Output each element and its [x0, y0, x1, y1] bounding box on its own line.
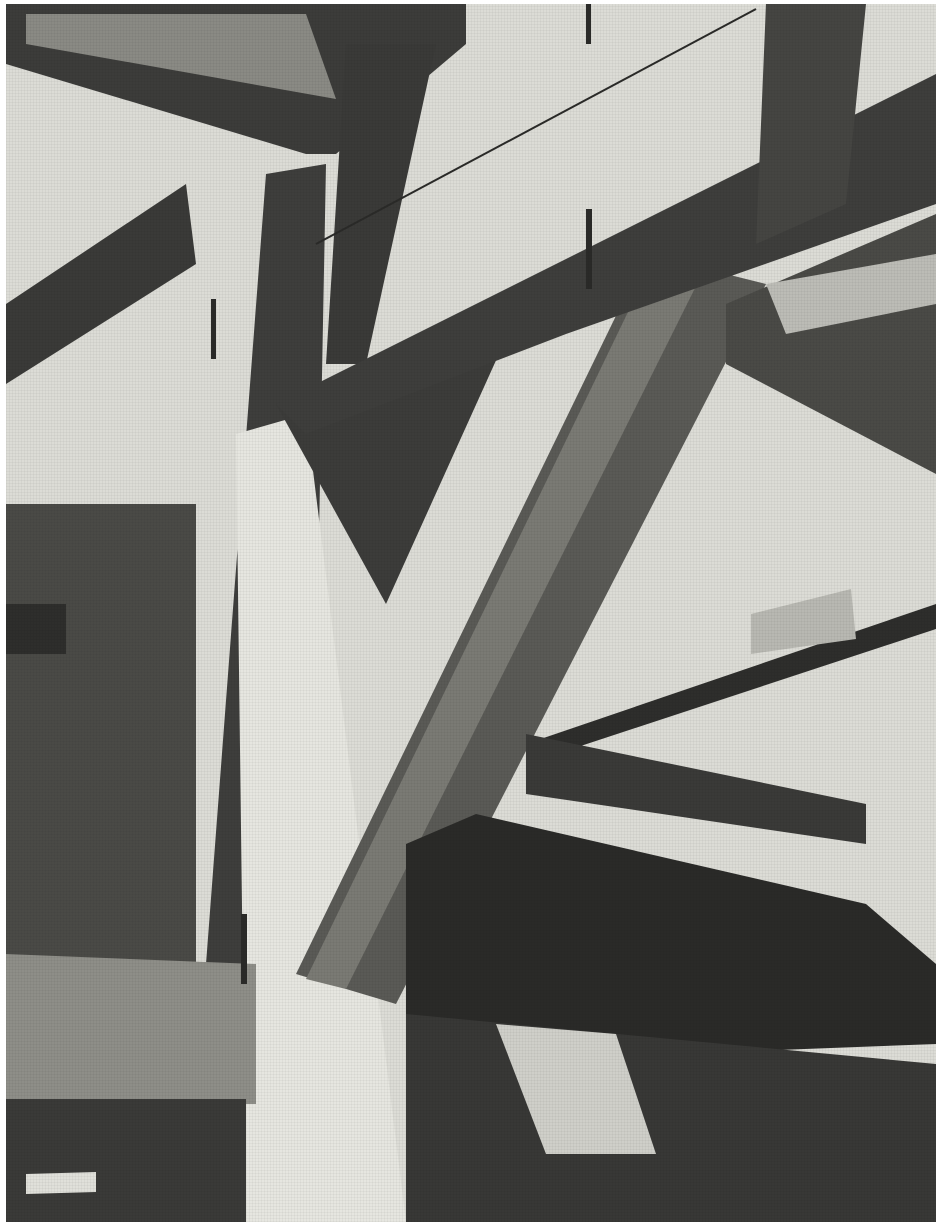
photo-drawing [6, 4, 936, 1222]
bottom-left-beam [6, 954, 256, 1104]
nail [586, 209, 592, 289]
timber-frame-photo [6, 4, 936, 1222]
left-debris [6, 504, 196, 964]
nail [241, 914, 247, 984]
nail [211, 299, 216, 359]
nail [586, 4, 591, 44]
